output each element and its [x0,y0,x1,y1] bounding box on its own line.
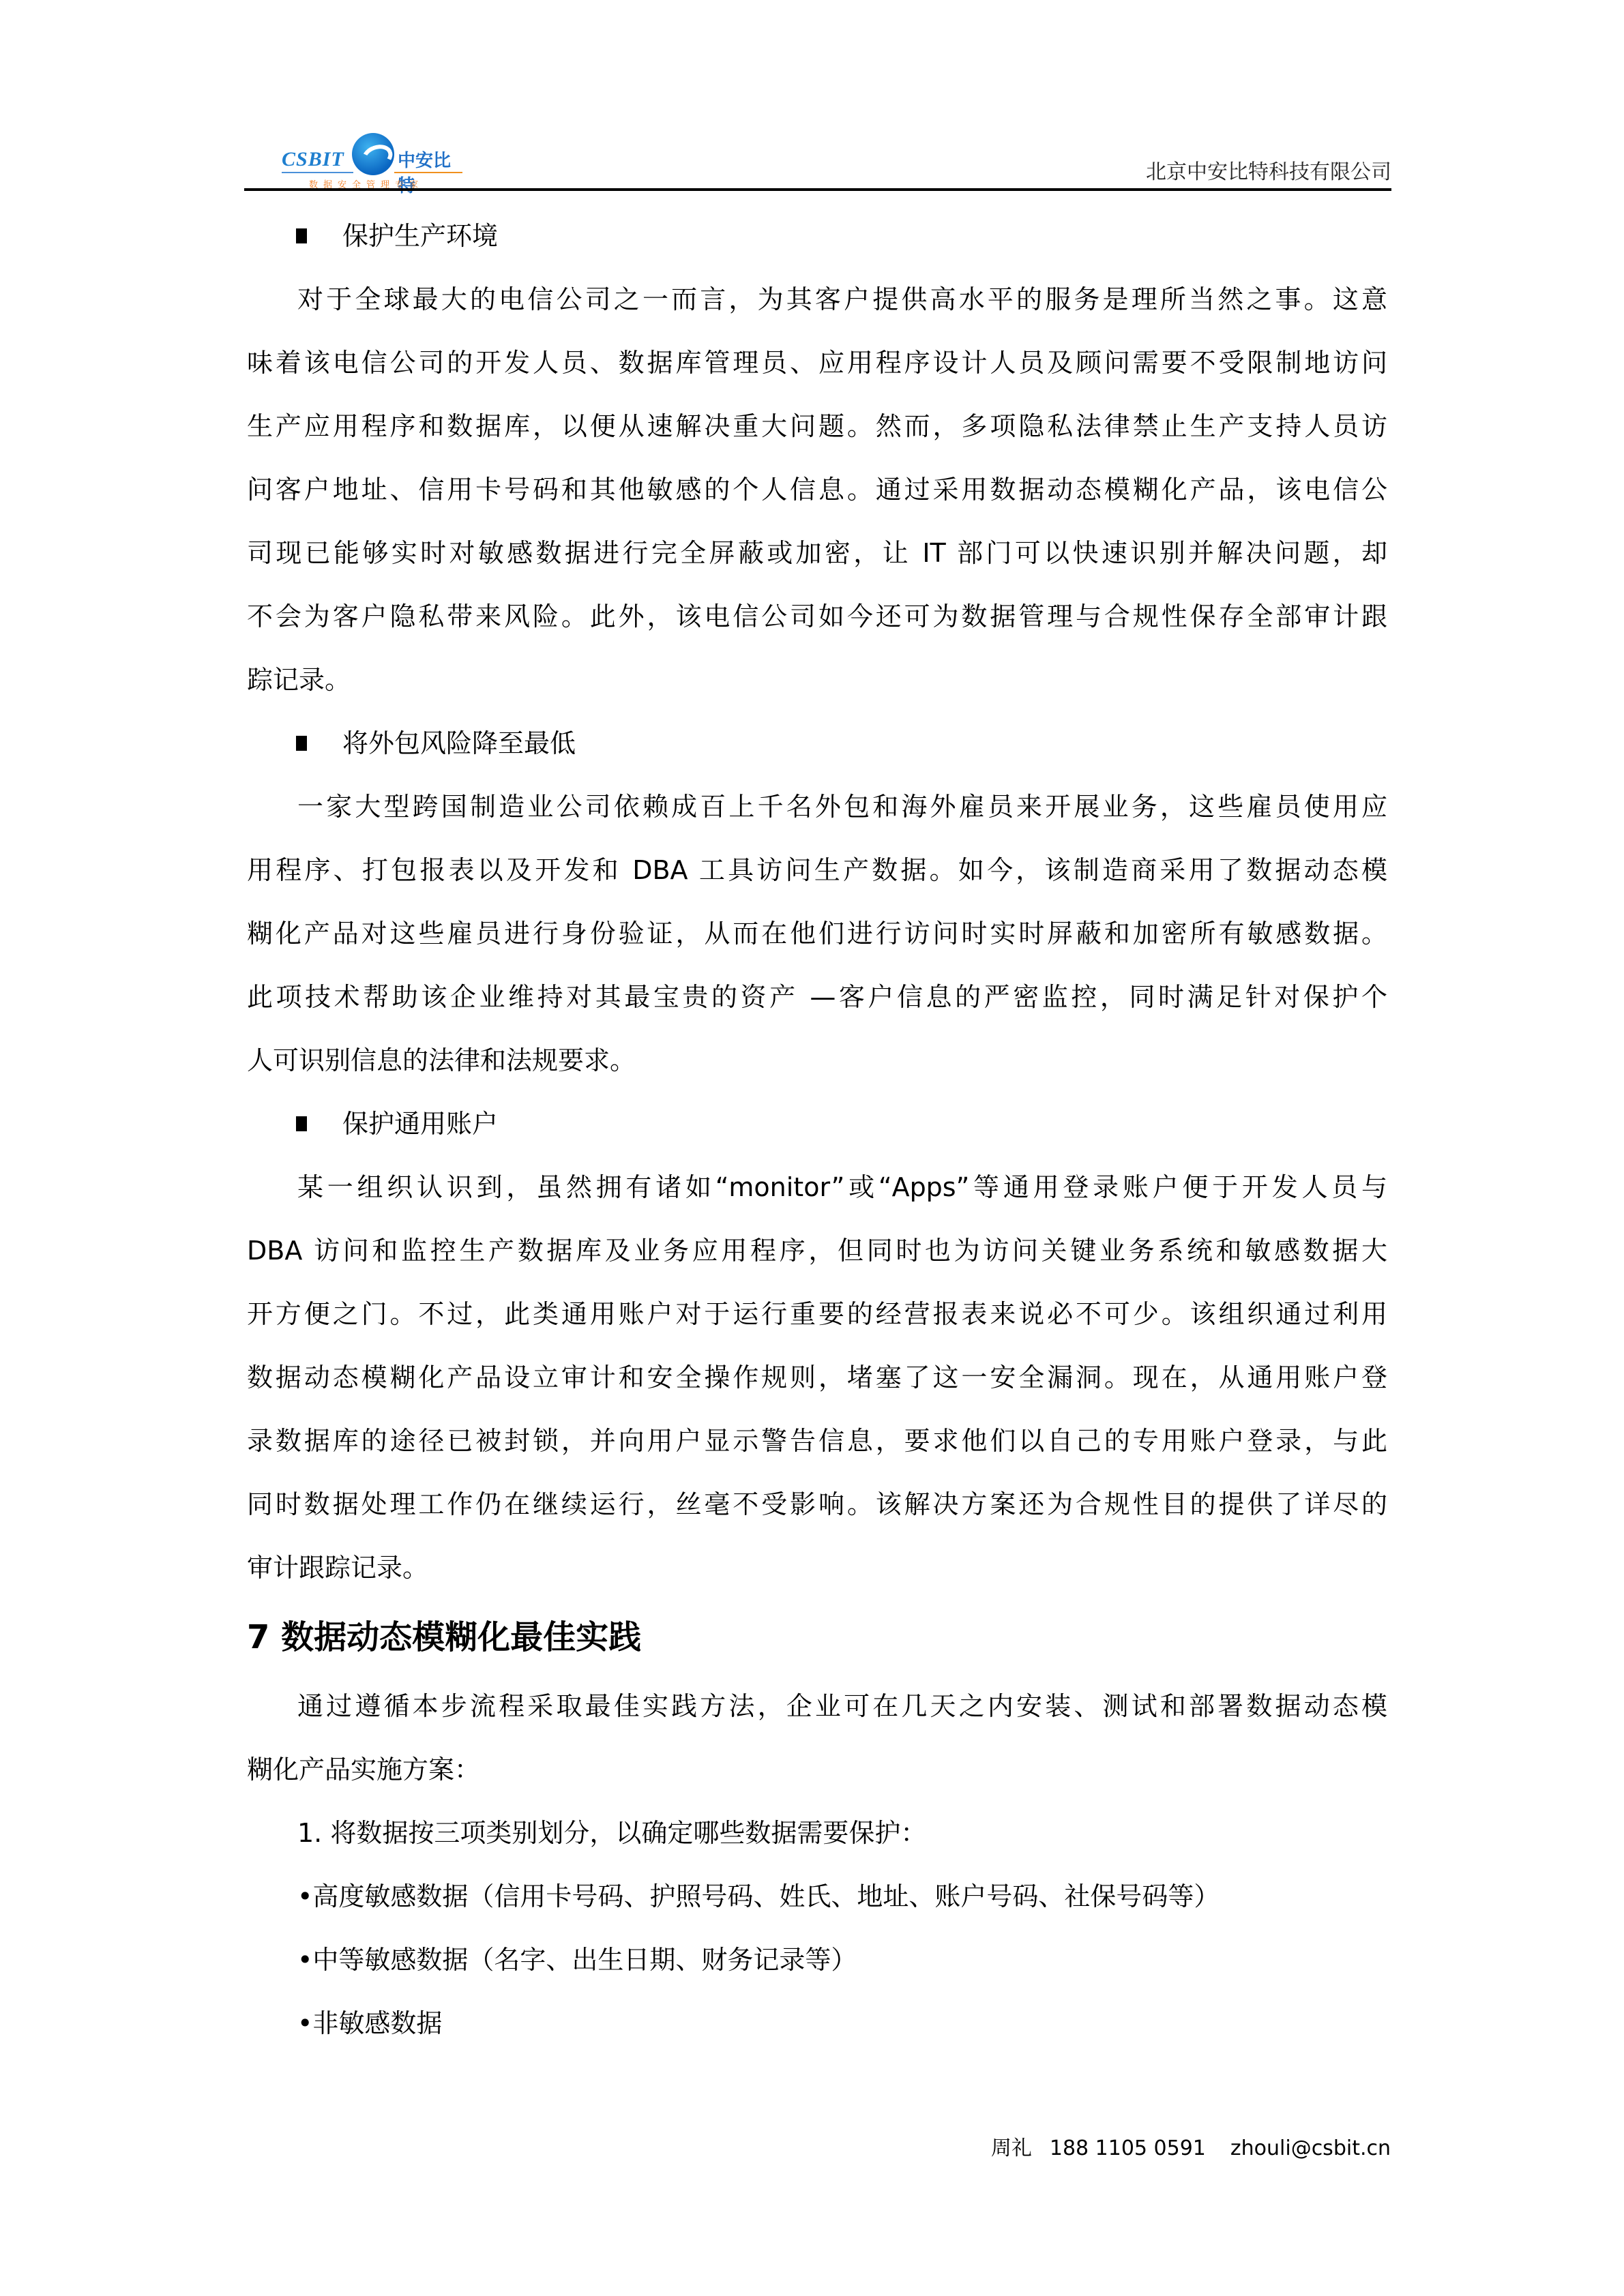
paragraph-line: DBA 访问和监控生产数据库及业务应用程序，但同时也为访问关键业务系统和敏感数据… [247,1219,1387,1283]
square-bullet-icon [296,736,307,751]
paragraph-line: 味着该电信公司的开发人员、数据库管理员、应用程序设计人员及顾问需要不受限制地访问 [247,331,1387,395]
bullet-heading: 将外包风险降至最低 [247,712,1387,775]
bullet-heading-text: 保护通用账户 [342,1109,498,1139]
paragraph-line: 开方便之门。不过，此类通用账户对于运行重要的经营报表来说必不可少。该组织通过利用 [247,1283,1387,1346]
paragraph-line: 司现已能够实时对敏感数据进行完全屏蔽或加密，让 IT 部门可以快速识别并解决问题… [247,522,1387,585]
paragraph-line: 审计跟踪记录。 [247,1536,1387,1600]
company-logo: CSBIT 中安比特 数据安全管理专家 [282,133,466,191]
paragraph-line: 数据动态模糊化产品设立审计和安全操作规则，堵塞了这一安全漏洞。现在，从通用账户登 [247,1346,1387,1410]
chapter-heading: 7 数据动态模糊化最佳实践 [247,1600,1387,1675]
bullet-heading-text: 将外包风险降至最低 [342,728,576,758]
logo-divider-right [394,172,462,173]
paragraph-line: 同时数据处理工作仍在继续运行，丝毫不受影响。该解决方案还为合规性目的提供了详尽的 [247,1473,1387,1536]
paragraph-line: 不会为客户隐私带来风险。此外，该电信公司如今还可为数据管理与合规性保存全部审计跟 [247,585,1387,648]
page-footer: 周礼188 1105 0591zhouli@csbit.cn [991,2131,1391,2161]
company-name: 北京中安比特科技有限公司 [1146,155,1391,185]
square-bullet-icon [296,228,307,243]
category-item: •高度敏感数据（信用卡号码、护照号码、姓氏、地址、账户号码、社保号码等） [247,1865,1387,1928]
logo-brand-en: CSBIT [282,148,344,171]
paragraph-line: 通过遵循本步流程采取最佳实践方法，企业可在几天之内安装、测试和部署数据动态模 [247,1675,1387,1738]
paragraph-line: 人可识别信息的法律和法规要求。 [247,1029,1387,1092]
numbered-step: 1. 将数据按三项类别划分，以确定哪些数据需要保护： [247,1802,1387,1865]
category-item: •中等敏感数据（名字、出生日期、财务记录等） [247,1928,1387,1992]
paragraph-line: 踪记录。 [247,648,1387,712]
paragraph-line: 此项技术帮助该企业维持对其最宝贵的资产 —客户信息的严密监控，同时满足针对保护个 [247,966,1387,1029]
logo-swirl-icon [352,133,394,175]
paragraph-line: 一家大型跨国制造业公司依赖成百上千名外包和海外雇员来开展业务，这些雇员使用应 [247,775,1387,839]
paragraph-line: 某一组织认识到，虽然拥有诸如“monitor”或“Apps”等通用登录账户便于开… [247,1156,1387,1219]
contact-name: 周礼 [991,2136,1032,2160]
paragraph-line: 对于全球最大的电信公司之一而言，为其客户提供高水平的服务是理所当然之事。这意 [247,268,1387,331]
contact-phone: 188 1105 0591 [1050,2136,1206,2160]
paragraph-line: 录数据库的途径已被封锁，并向用户显示警告信息，要求他们以自己的专用账户登录，与此 [247,1410,1387,1473]
category-item: •非敏感数据 [247,1992,1387,2055]
bullet-heading-text: 保护生产环境 [342,221,498,251]
document-body: 保护生产环境 对于全球最大的电信公司之一而言，为其客户提供高水平的服务是理所当然… [247,205,1387,2055]
paragraph-line: 用程序、打包报表以及开发和 DBA 工具访问生产数据。如今，该制造商采用了数据动… [247,839,1387,902]
paragraph-line: 问客户地址、信用卡号码和其他敏感的个人信息。通过采用数据动态模糊化产品，该电信公 [247,458,1387,522]
bullet-heading: 保护通用账户 [247,1092,1387,1156]
paragraph-line: 糊化产品实施方案： [247,1738,1387,1802]
header-divider [244,188,1391,191]
bullet-heading: 保护生产环境 [247,205,1387,268]
page-header: CSBIT 中安比特 数据安全管理专家 北京中安比特科技有限公司 [244,126,1391,194]
paragraph-line: 生产应用程序和数据库，以便从速解决重大问题。然而，多项隐私法律禁止生产支持人员访 [247,395,1387,458]
paragraph-line: 糊化产品对这些雇员进行身份验证，从而在他们进行访问时实时屏蔽和加密所有敏感数据。 [247,902,1387,966]
square-bullet-icon [296,1116,307,1131]
logo-divider-left [282,172,353,173]
contact-email: zhouli@csbit.cn [1230,2136,1391,2160]
